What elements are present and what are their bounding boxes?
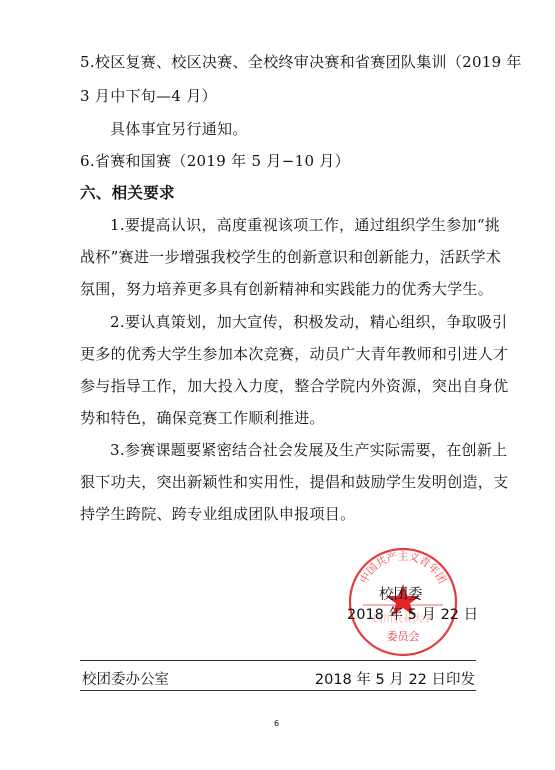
svg-text:委员会: 委员会 xyxy=(387,629,420,643)
paragraph-line: 参与指导工作，加大投入力度，整合学院内外资源，突出自身优 xyxy=(80,376,508,396)
paragraph-line: 3 月中下旬—4 月） xyxy=(80,86,217,106)
paragraph-line: 氛围，努力培养更多具有创新精神和实践能力的优秀大学生。 xyxy=(80,279,493,299)
signature-date: 2018 年 5 月 22 日 xyxy=(347,603,478,624)
paragraph-line: 势和特色，确保竞赛工作顺利推进。 xyxy=(80,408,325,428)
paragraph-line: 3.参赛课题要紧密结合社会发展及生产实际需要，在创新上 xyxy=(110,440,507,460)
section-heading: 六、相关要求 xyxy=(80,183,175,203)
footer-bottom-rule xyxy=(80,690,476,691)
page-number: 6 xyxy=(274,719,279,728)
paragraph-line: 更多的优秀大学生参加本次竞赛，动员广大青年教师和引进人才 xyxy=(80,344,508,364)
paragraph-line: 战杯”赛进一步增强我校学生的创新意识和创新能力，活跃学术 xyxy=(80,247,501,267)
paragraph-line: 6.省赛和国赛（2019 年 5 月−10 月） xyxy=(80,151,350,171)
issuing-office: 校团委办公室 xyxy=(82,668,169,689)
paragraph-line: 持学生跨院、跨专业组成团队申报项目。 xyxy=(80,504,355,524)
signature-org: 校团委 xyxy=(379,583,423,604)
svg-text:中国共产主义青年团: 中国共产主义青年团 xyxy=(357,550,448,586)
paragraph-line: 具体事宜另行通知。 xyxy=(110,119,248,139)
paragraph-line: 5.校区复赛、校区决赛、全校终审决赛和省赛团队集训（2019 年 xyxy=(80,52,522,72)
footer-top-rule xyxy=(80,660,476,661)
paragraph-line: 1.要提高认识，高度重视该项工作，通过组织学生参加“挑 xyxy=(110,215,500,235)
paragraph-line: 狠下功夫，突出新颖性和实用性，提倡和鼓励学生发明创造，支 xyxy=(80,472,508,492)
issue-date: 2018 年 5 月 22 日印发 xyxy=(315,668,475,689)
paragraph-line: 2.要认真策划，加大宣传，积极发动，精心组织，争取吸引 xyxy=(110,312,507,332)
